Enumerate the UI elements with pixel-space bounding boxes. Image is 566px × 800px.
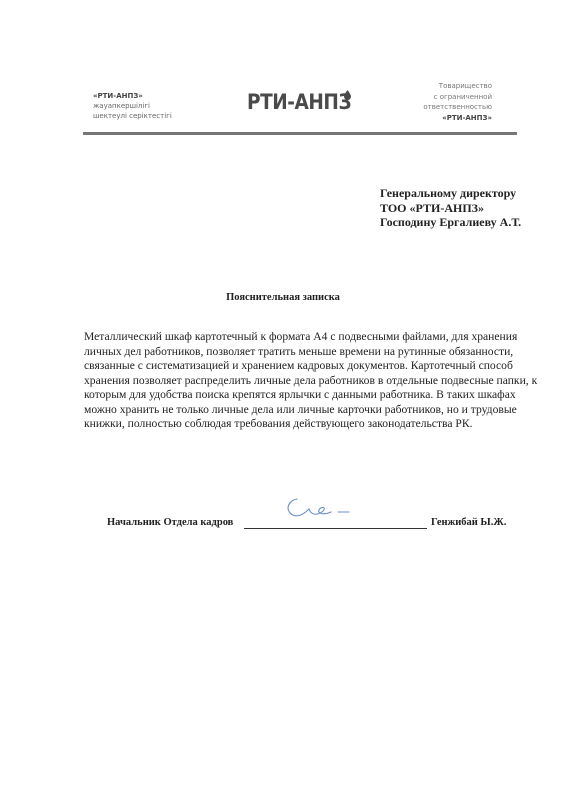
header-left-line1: жауапкершілігі [93, 101, 172, 111]
body-line: можно хранить не только личные дела или … [84, 403, 524, 418]
addressee-line3: Господину Ергалиеву А.Т. [380, 215, 521, 230]
signatory-name: Генжибай Ы.Ж. [431, 517, 506, 528]
company-logo-text: РТИ-АНПЗ [247, 90, 351, 114]
oil-drop-icon [344, 90, 351, 100]
header-left-line2: шектеулі серіктестігі [93, 111, 172, 121]
signature-line [244, 528, 427, 529]
header-right-brand: «РТИ-АНПЗ» [423, 113, 492, 124]
addressee-block: Генеральному директору ТОО «РТИ-АНПЗ» Го… [380, 186, 521, 230]
header-right-line1: Товарищество [423, 81, 492, 92]
header-russian-company-name: Товарищество с ограниченной ответственно… [423, 81, 492, 123]
addressee-line1: Генеральному директору [380, 186, 521, 201]
document-page: «РТИ-АНПЗ» жауапкершілігі шектеулі серік… [0, 0, 566, 800]
body-line: личных дел работников, позволяет тратить… [84, 345, 524, 360]
signatory-position: Начальник Отдела кадров [107, 517, 233, 528]
body-line: связанные с систематизацией и хранением … [84, 359, 524, 374]
body-paragraph: Металлический шкаф картотечный к формата… [84, 330, 524, 432]
body-line: которым для удобства поиска крепятся ярл… [84, 388, 524, 403]
body-line: книжки, полностью соблюдая требования де… [84, 417, 524, 432]
addressee-line2: ТОО «РТИ-АНПЗ» [380, 201, 521, 216]
header-right-line2: с ограниченной [423, 92, 492, 103]
header-kazakh-company-name: «РТИ-АНПЗ» жауапкершілігі шектеулі серік… [93, 91, 172, 121]
handwritten-signature [283, 495, 358, 525]
body-line: Металлический шкаф картотечный к формата… [84, 330, 524, 345]
document-title: Пояснительная записка [0, 292, 566, 303]
header-right-line3: ответственностью [423, 102, 492, 113]
header-left-brand: «РТИ-АНПЗ» [93, 91, 172, 101]
body-line: хранения позволяет распределить личные д… [84, 374, 524, 389]
header-divider [83, 132, 517, 135]
